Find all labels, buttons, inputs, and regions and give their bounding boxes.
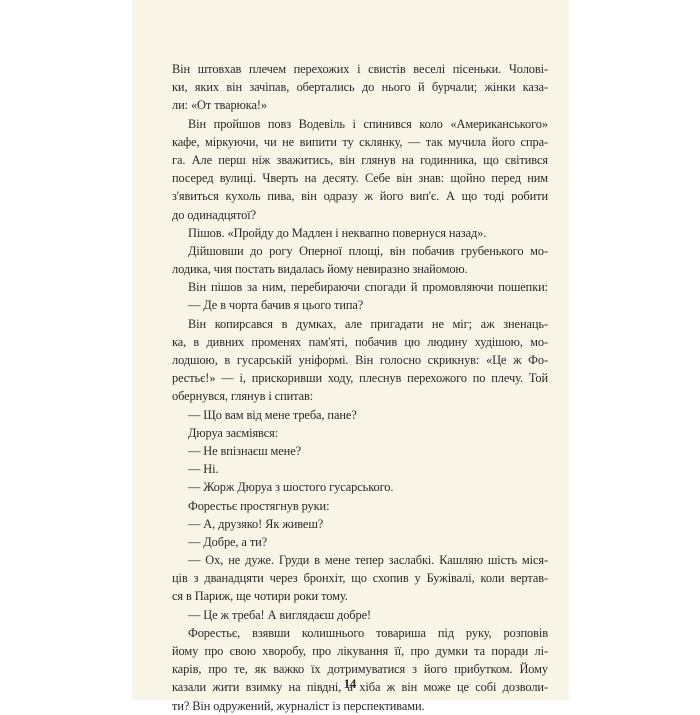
- text-line: ців з дванадцяти через бронхіт, що схопи…: [172, 569, 548, 587]
- text-line: — Не впізнаєш мене?: [172, 442, 548, 460]
- text-line: га. Але перш ніж зважитись, він глянув н…: [172, 151, 548, 169]
- text-line: з'явиться кухоль пива, він одразу ж його…: [172, 187, 548, 205]
- text-line: Дюруа засміявся:: [172, 424, 548, 442]
- text-line: Він штовхав плечем перехожих і свистів в…: [172, 60, 548, 78]
- text-line: ки, яких він зачіпав, обертались до ньог…: [172, 78, 548, 96]
- text-line: Дійшовши до рогу Оперної площі, він поба…: [172, 242, 548, 260]
- text-line: — Це ж треба! А виглядаєш добре!: [172, 606, 548, 624]
- text-line: лодика, чия постать видалась йому невира…: [172, 260, 548, 278]
- text-line: — Ох, не дуже. Груди в мене тепер заслаб…: [172, 551, 548, 569]
- text-line: ка, в дивних променях пам'яті, побачив ц…: [172, 333, 548, 351]
- text-line: — Де в чорта бачив я цього типа?: [172, 296, 548, 314]
- text-line: ся в Париж, ще чотири роки тому.: [172, 587, 548, 605]
- text-line: — Ні.: [172, 460, 548, 478]
- page-body-text: Він штовхав плечем перехожих і свистів в…: [172, 60, 548, 700]
- page-number: 14: [0, 677, 700, 692]
- text-line: Форестьє, взявши колишнього товариша під…: [172, 624, 548, 642]
- text-line: Він пройшов повз Водевіль і спинився кол…: [172, 115, 548, 133]
- text-line: обернувся, глянув і спитав:: [172, 387, 548, 405]
- text-line: карів, про те, як важко їх дотримуватися…: [172, 660, 548, 678]
- text-line: Пішов. «Пройду до Мадлен і неквапно пове…: [172, 224, 548, 242]
- text-line: рестьє!» — і, прискоривши ходу, плеснув …: [172, 369, 548, 387]
- text-line: — Добре, а ти?: [172, 533, 548, 551]
- text-line: — Що вам від мене треба, пане?: [172, 406, 548, 424]
- text-line: Він пішов за ним, перебираючи спогади й …: [172, 278, 548, 296]
- text-line: Він копирсався в думках, але пригадати н…: [172, 315, 548, 333]
- text-line: до одинадцятої?: [172, 206, 548, 224]
- text-line: лодшою, в гусарській уніформі. Він голос…: [172, 351, 548, 369]
- text-line: — А, друзяко! Як живеш?: [172, 515, 548, 533]
- text-line: ли: «От тварюка!»: [172, 96, 548, 114]
- text-line: — Жорж Дюруа з шостого гусарського.: [172, 478, 548, 496]
- text-line: ти? Він одружений, журналіст із перспект…: [172, 697, 548, 700]
- text-line: кафе, міркуючи, чи не випити ту склянку,…: [172, 133, 548, 151]
- text-line: йому про свою хворобу, про лікування її,…: [172, 642, 548, 660]
- text-line: Форестьє простягнув руки:: [172, 497, 548, 515]
- text-line: посеред вулиці. Чверть на десяту. Себе в…: [172, 169, 548, 187]
